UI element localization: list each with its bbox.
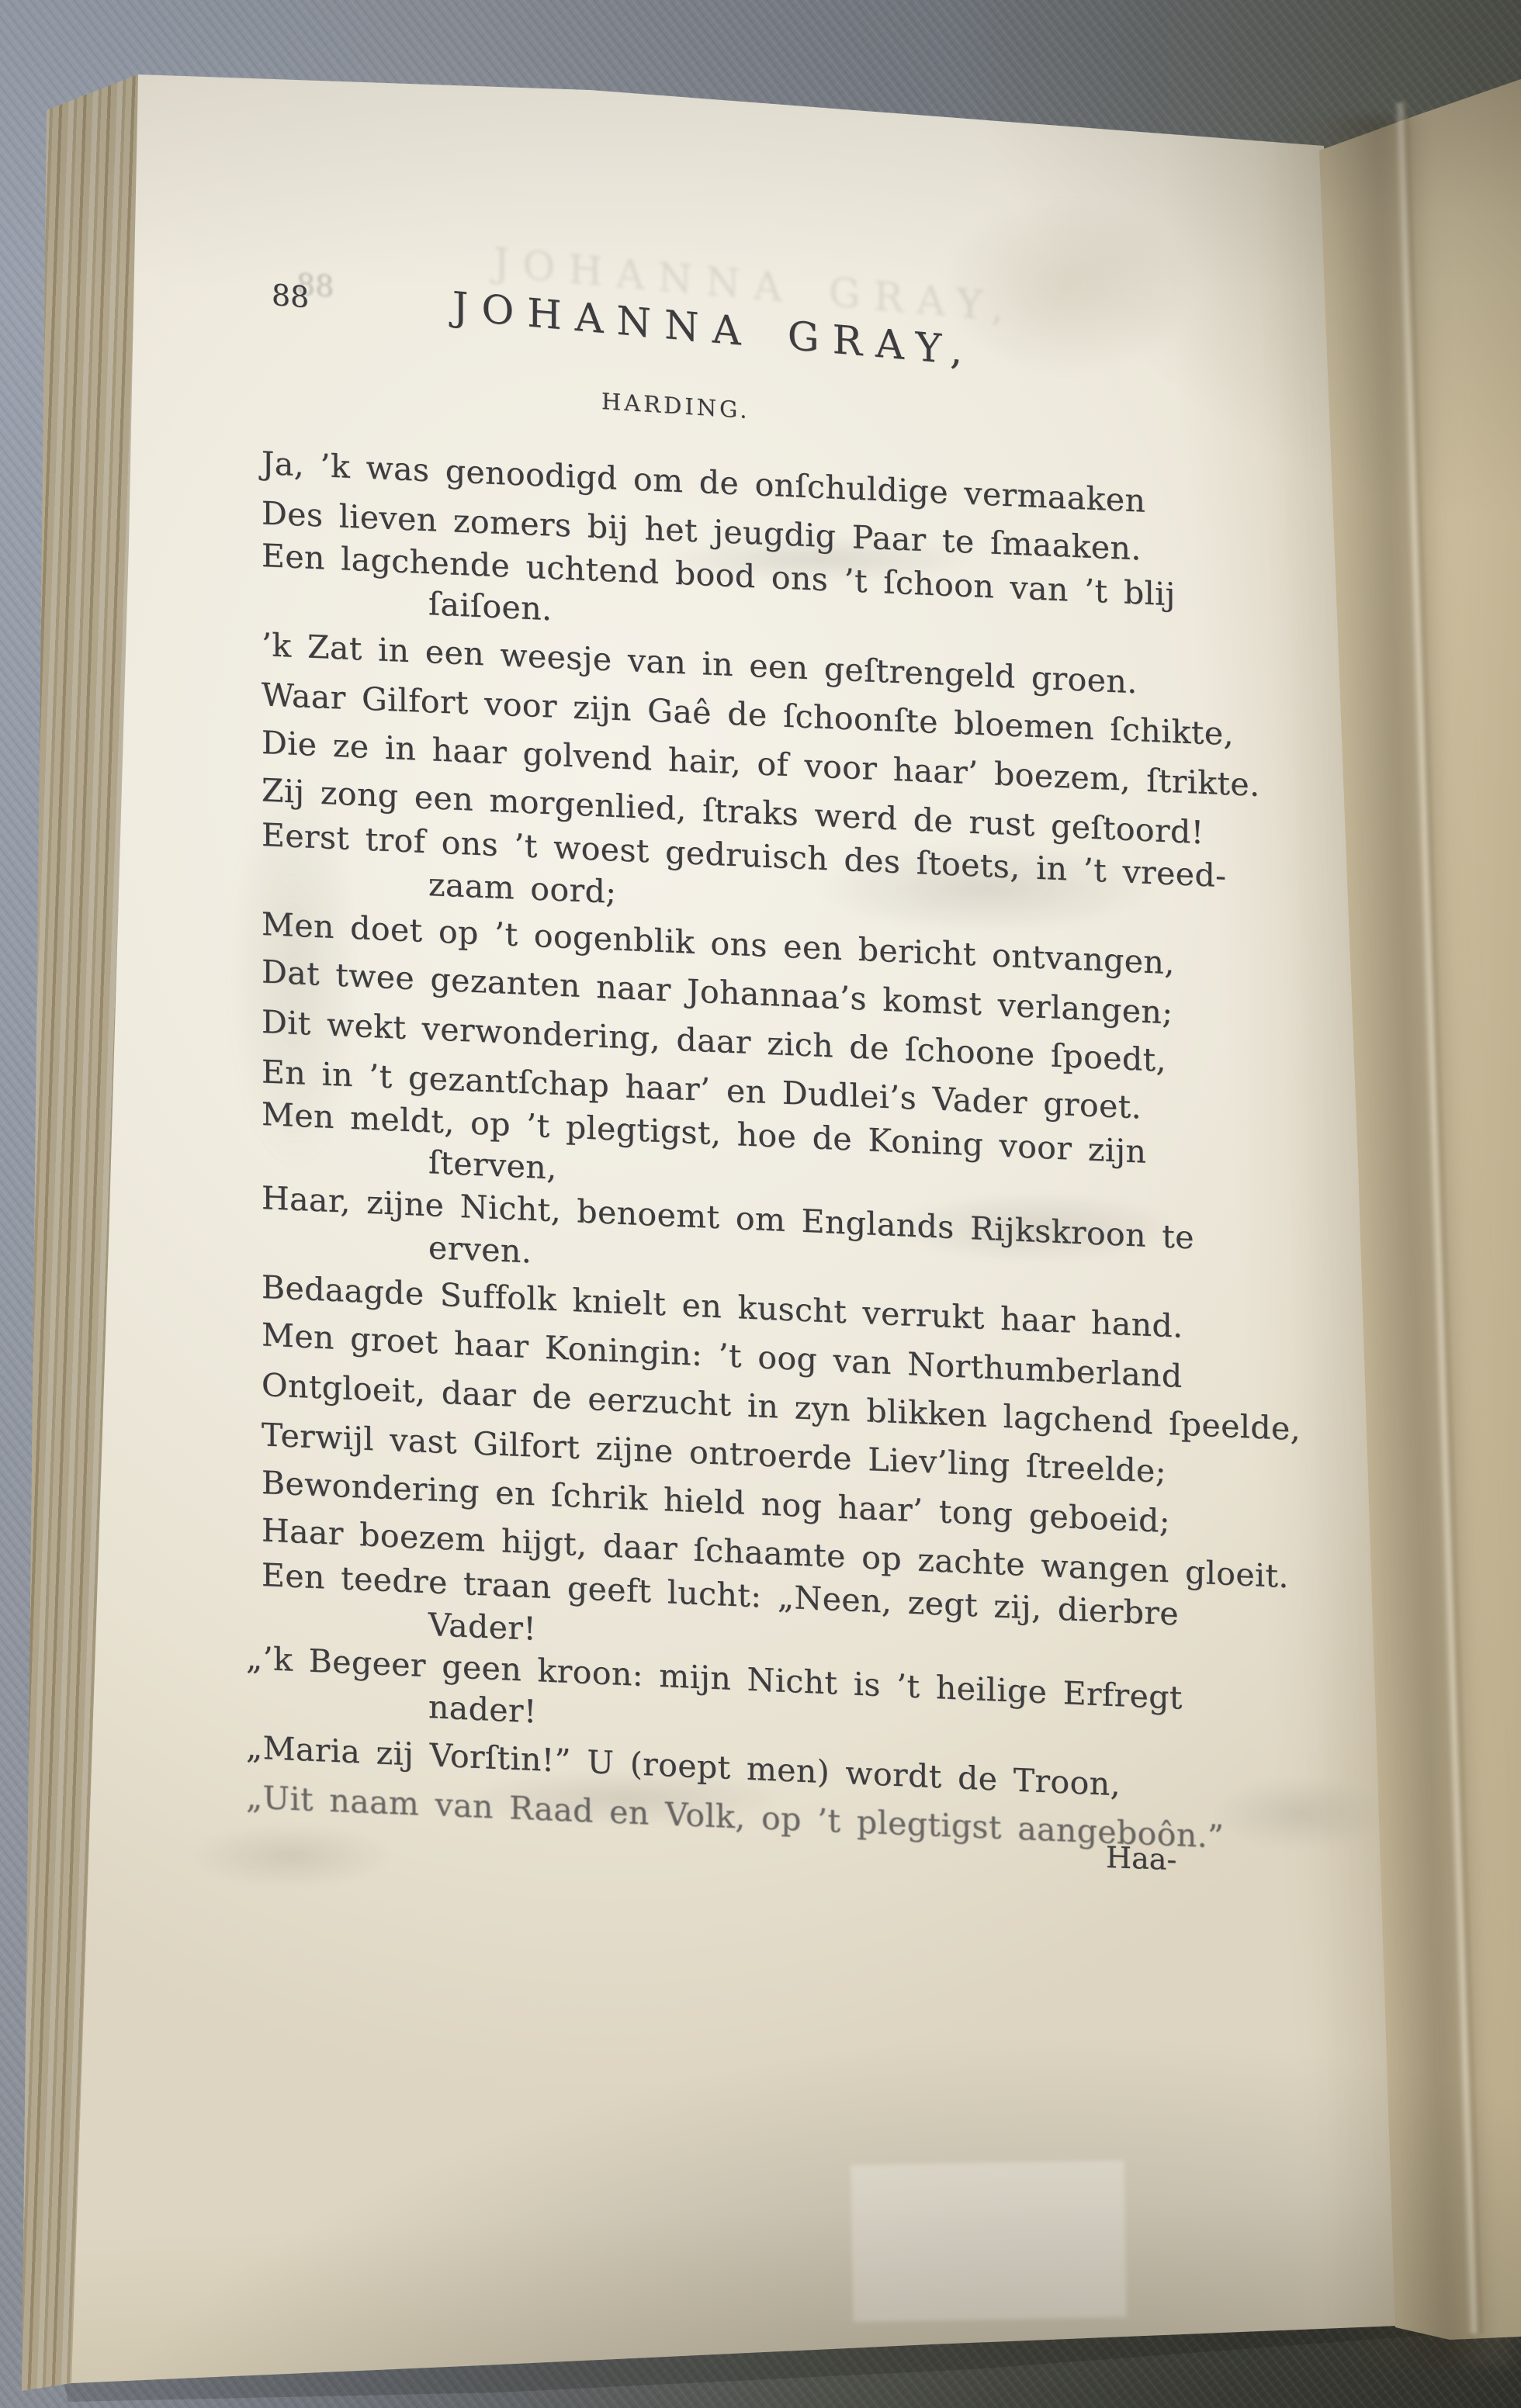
page-number: 88	[272, 278, 309, 314]
catchword: Haa-	[1106, 1840, 1176, 1877]
poem: Ja, ’k was genoodigd om de onſchuldige v…	[262, 439, 1263, 1864]
show-through-smudge	[186, 1823, 396, 1889]
book-photograph: 88 88 JOHANNA GRAY, JOHANNA GRAY, HARDIN…	[0, 0, 1521, 2408]
paper-light-patch	[851, 2161, 1126, 2322]
